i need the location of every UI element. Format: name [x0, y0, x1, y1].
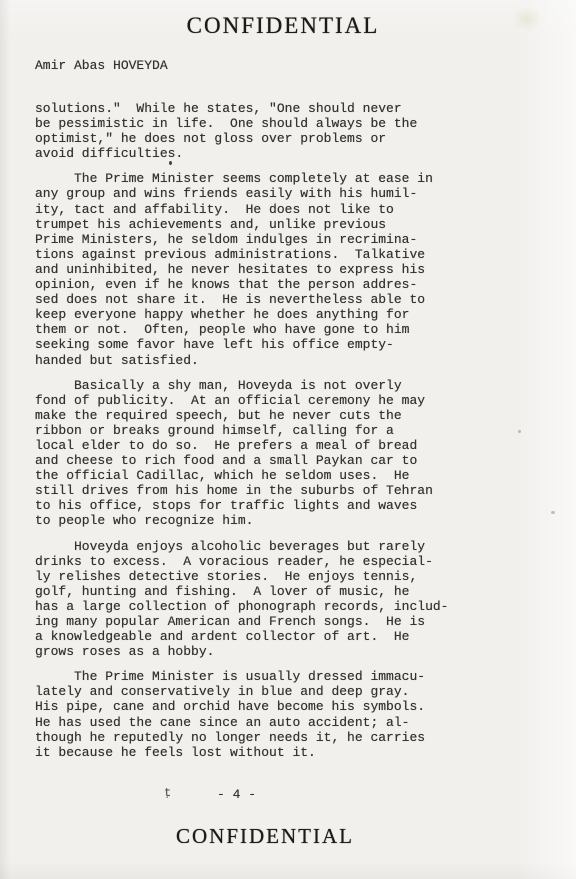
paragraph-4: Hoveyda enjoys alcoholic beverages but r…	[35, 539, 515, 660]
paragraph-3: Basically a shy man, Hoveyda is not over…	[35, 378, 515, 529]
scan-smudge	[512, 6, 542, 32]
classification-footer: CONFIDENTIAL	[176, 826, 354, 847]
stray-typed-mark: ṭ	[164, 786, 171, 800]
paragraph-5: The Prime Minister is usually dressed im…	[35, 669, 515, 760]
paragraph-2: The Prime Minister seems completely at e…	[35, 171, 515, 367]
document-body: solutions." While he states, "One should…	[35, 101, 515, 770]
subject-name: Amir Abas HOVEYDA	[35, 58, 168, 73]
scan-speck	[551, 511, 555, 514]
paragraph-1: solutions." While he states, "One should…	[35, 101, 515, 161]
scan-speck	[518, 430, 521, 433]
classification-header: CONFIDENTIAL	[187, 14, 380, 37]
page-number: - 4 -	[217, 787, 256, 802]
document-page: CONFIDENTIAL Amir Abas HOVEYDA solutions…	[0, 0, 576, 879]
scan-speck	[169, 161, 172, 165]
